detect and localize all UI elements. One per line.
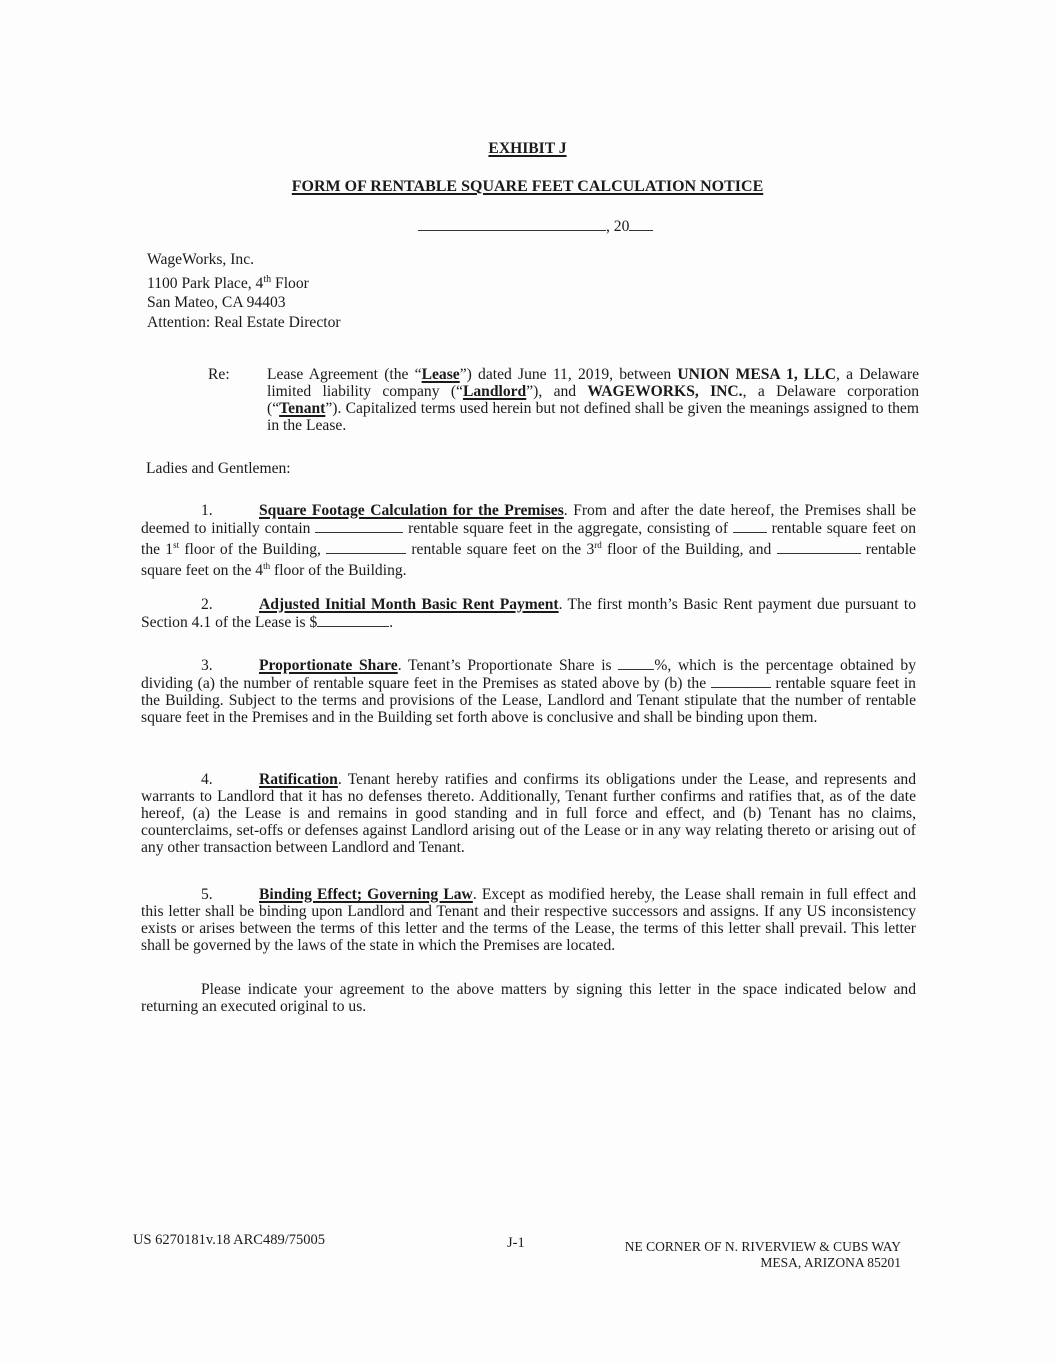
section-2: 2.Adjusted Initial Month Basic Rent Paym… [141, 596, 916, 631]
floor3-sqft-blank [326, 540, 406, 554]
footer-doc-id: US 6270181v.18 ARC489/75005 [133, 1232, 325, 1249]
section-4: 4.Ratification. Tenant hereby ratifies a… [141, 771, 916, 856]
section-heading: Proportionate Share [259, 657, 398, 674]
footer-page-number: J-1 [507, 1235, 525, 1252]
date-blank [418, 217, 606, 231]
total-sqft-blank [315, 519, 403, 533]
rent-amount-blank [317, 613, 389, 627]
share-percent-blank [618, 656, 654, 670]
section-heading: Binding Effect; Governing Law [259, 886, 473, 903]
building-sqft-blank [711, 674, 771, 688]
date-line: , 20 [418, 217, 653, 235]
section-heading: Square Footage Calculation for the Premi… [259, 502, 564, 519]
document-page: EXHIBIT J FORM OF RENTABLE SQUARE FEET C… [0, 0, 1055, 1365]
floor1-sqft-blank [733, 519, 767, 533]
form-title: FORM OF RENTABLE SQUARE FEET CALCULATION… [0, 178, 1055, 195]
section-3: 3.Proportionate Share. Tenant’s Proporti… [141, 656, 916, 726]
section-1: 1.Square Footage Calculation for the Pre… [141, 502, 916, 579]
footer-location: NE CORNER OF N. RIVERVIEW & CUBS WAY MES… [625, 1239, 901, 1271]
closing-paragraph: Please indicate your agreement to the ab… [141, 981, 916, 1015]
floor4-sqft-blank [777, 540, 861, 554]
section-5: 5.Binding Effect; Governing Law. Except … [141, 886, 916, 954]
year-blank [629, 217, 653, 231]
section-heading: Adjusted Initial Month Basic Rent Paymen… [259, 596, 559, 613]
recipient-address: WageWorks, Inc. 1100 Park Place, 4th Flo… [147, 250, 341, 332]
re-label: Re: [208, 366, 230, 383]
re-body: Lease Agreement (the “Lease”) dated June… [267, 366, 919, 434]
salutation: Ladies and Gentlemen: [146, 460, 291, 477]
exhibit-title: EXHIBIT J [0, 140, 1055, 157]
section-heading: Ratification [259, 771, 338, 788]
